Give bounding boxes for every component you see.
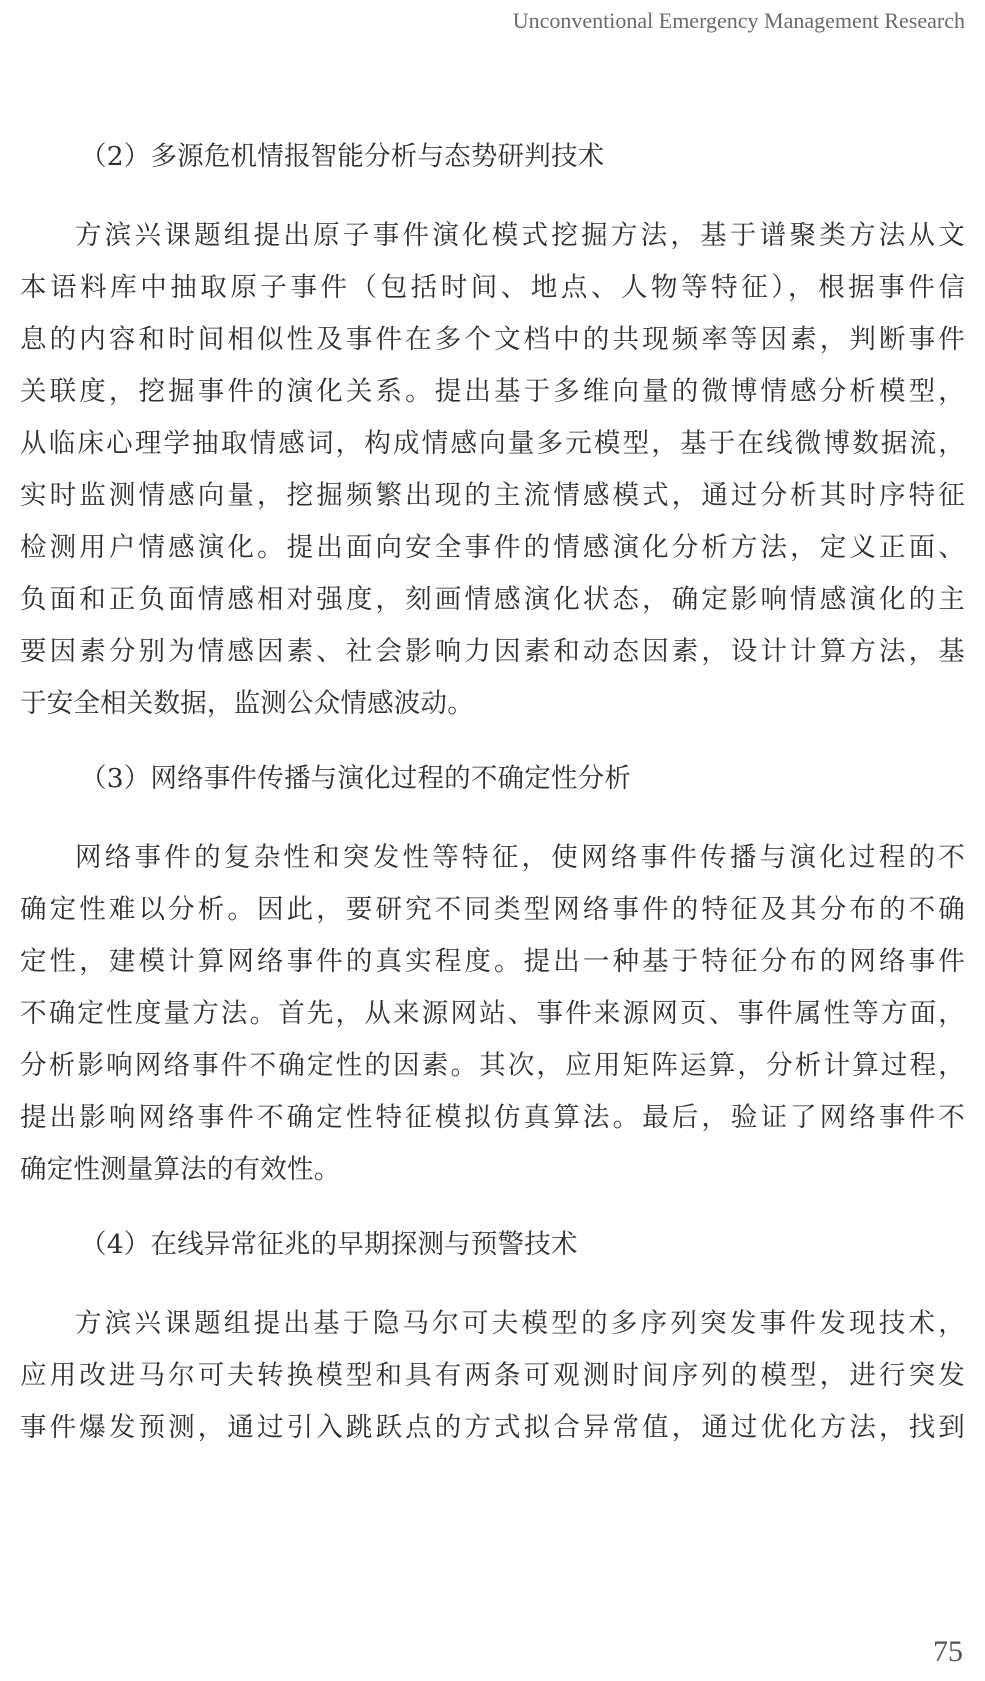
paragraph-line: 提出影响网络事件不确定性特征模拟仿真算法。最后，验证了网络事件不 (20, 1100, 965, 1136)
paragraph-line: 方滨兴课题组提出基于隐马尔可夫模型的多序列突发事件发现技术， (75, 1306, 965, 1342)
paragraph-line: 不确定性度量方法。首先，从来源网站、事件来源网页、事件属性等方面， (20, 996, 965, 1032)
paragraph-line: 应用改进马尔可夫转换模型和具有两条可观测时间序列的模型，进行突发 (20, 1358, 965, 1394)
paragraph-line: 确定性测量算法的有效性。 (20, 1152, 965, 1188)
paragraph-line: 负面和正负面情感相对强度，刻画情感演化状态，确定影响情感演化的主 (20, 582, 965, 618)
paragraph-line: 分析影响网络事件不确定性的因素。其次，应用矩阵运算，分析计算过程， (20, 1048, 965, 1084)
paragraph-line: 息的内容和时间相似性及事件在多个文档中的共现频率等因素，判断事件 (20, 322, 965, 358)
running-header: Unconventional Emergency Management Rese… (513, 8, 965, 34)
section-heading: （4）在线异常征兆的早期探测与预警技术 (80, 1227, 578, 1263)
paragraph-line: 确定性难以分析。因此，要研究不同类型网络事件的特征及其分布的不确 (20, 892, 965, 928)
page-number: 75 (933, 1635, 963, 1669)
paragraph-line: 定性，建模计算网络事件的真实程度。提出一种基于特征分布的网络事件 (20, 944, 965, 980)
paragraph-line: 实时监测情感向量，挖掘频繁出现的主流情感模式，通过分析其时序特征 (20, 478, 965, 514)
paragraph-line: 检测用户情感演化。提出面向安全事件的情感演化分析方法，定义正面、 (20, 530, 965, 566)
paragraph-line: 从临床心理学抽取情感词，构成情感向量多元模型，基于在线微博数据流， (20, 426, 965, 462)
paragraph-line: 方滨兴课题组提出原子事件演化模式挖掘方法，基于谱聚类方法从文 (75, 218, 965, 254)
paragraph-line: 事件爆发预测，通过引入跳跃点的方式拟合异常值，通过优化方法，找到 (20, 1410, 965, 1446)
section-heading: （2）多源危机情报智能分析与态势研判技术 (80, 139, 604, 175)
paragraph-line: 关联度，挖掘事件的演化关系。提出基于多维向量的微博情感分析模型， (20, 374, 965, 410)
paragraph-line: 于安全相关数据，监测公众情感波动。 (20, 686, 965, 722)
section-heading: （3）网络事件传播与演化过程的不确定性分析 (80, 761, 631, 797)
paragraph-line: 本语料库中抽取原子事件（包括时间、地点、人物等特征），根据事件信 (20, 270, 965, 306)
paragraph-line: 网络事件的复杂性和突发性等特征，使网络事件传播与演化过程的不 (75, 840, 965, 876)
paragraph-line: 要因素分别为情感因素、社会影响力因素和动态因素，设计计算方法，基 (20, 634, 965, 670)
